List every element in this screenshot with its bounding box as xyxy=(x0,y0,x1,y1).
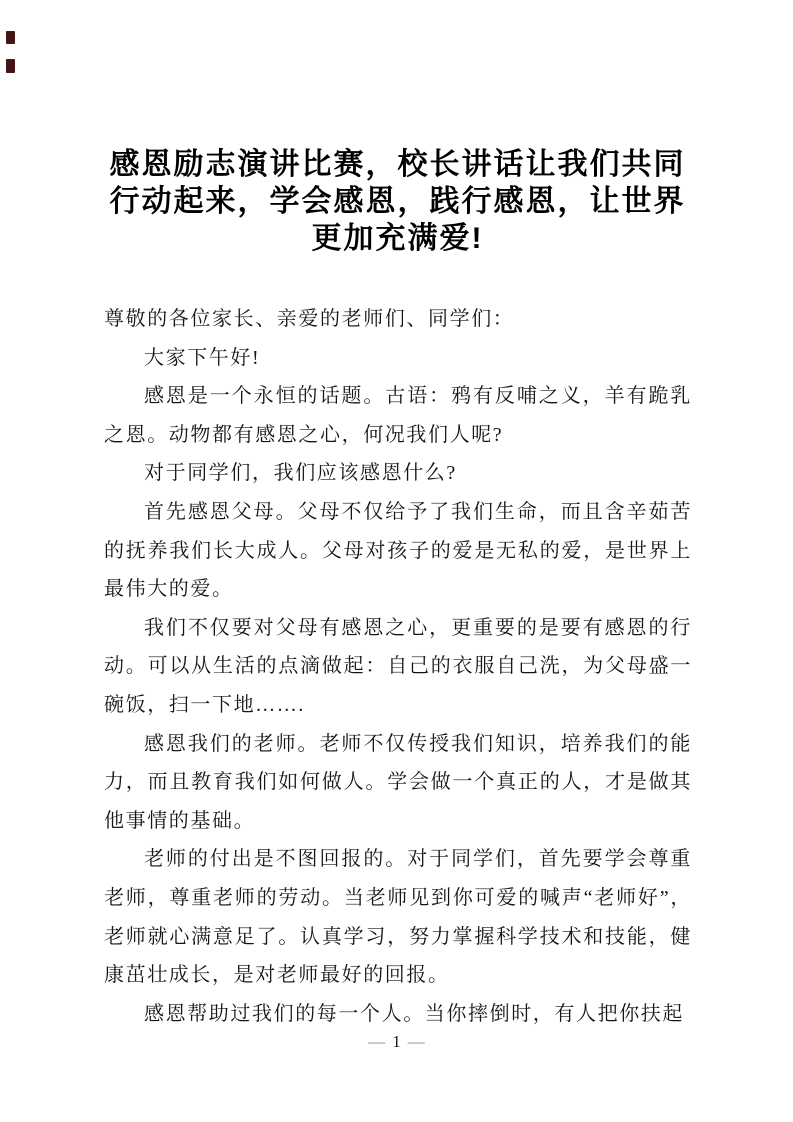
paragraph: 感恩是一个永恒的话题。古语：鸦有反哺之义，羊有跪乳之恩。动物都有感恩之心，何况我… xyxy=(104,377,692,454)
document-page: 感恩励志演讲比赛，校长讲话让我们共同 行动起来，学会感恩，践行感恩，让世界 更加… xyxy=(0,0,793,1122)
page-footer: —1— xyxy=(0,1032,793,1052)
paragraph: 我们不仅要对父母有感恩之心，更重要的是要有感恩的行动。可以从生活的点滴做起：自己… xyxy=(104,609,692,725)
document-title: 感恩励志演讲比赛，校长讲话让我们共同 行动起来，学会感恩，践行感恩，让世界 更加… xyxy=(100,146,695,257)
title-line-2: 行动起来，学会感恩，践行感恩，让世界 xyxy=(100,183,695,220)
title-line-3: 更加充满爱! xyxy=(100,220,695,257)
document-body: 尊敬的各位家长、亲爱的老师们、同学们： 大家下午好! 感恩是一个永恒的话题。古语… xyxy=(104,300,692,1030)
page-number: 1 xyxy=(392,1032,401,1051)
paragraph-greeting: 大家下午好! xyxy=(104,339,692,378)
paragraph: 对于同学们，我们应该感恩什么? xyxy=(104,454,692,493)
paragraph: 首先感恩父母。父母不仅给予了我们生命，而且含辛茹苦的抚养我们长大成人。父母对孩子… xyxy=(104,493,692,609)
ink-mark-top xyxy=(6,31,15,44)
title-line-1: 感恩励志演讲比赛，校长讲话让我们共同 xyxy=(100,146,695,183)
paragraph-salutation: 尊敬的各位家长、亲爱的老师们、同学们： xyxy=(104,300,692,339)
ink-mark-bottom xyxy=(6,59,15,73)
footer-dash-left: — xyxy=(361,1032,392,1051)
paragraph: 老师的付出是不图回报的。对于同学们，首先要学会尊重老师，尊重老师的劳动。当老师见… xyxy=(104,840,692,994)
footer-dash-right: — xyxy=(401,1032,432,1051)
paragraph: 感恩帮助过我们的每一个人。当你摔倒时，有人把你扶起 xyxy=(104,995,692,1030)
paragraph: 感恩我们的老师。老师不仅传授我们知识，培养我们的能力，而且教育我们如何做人。学会… xyxy=(104,725,692,841)
